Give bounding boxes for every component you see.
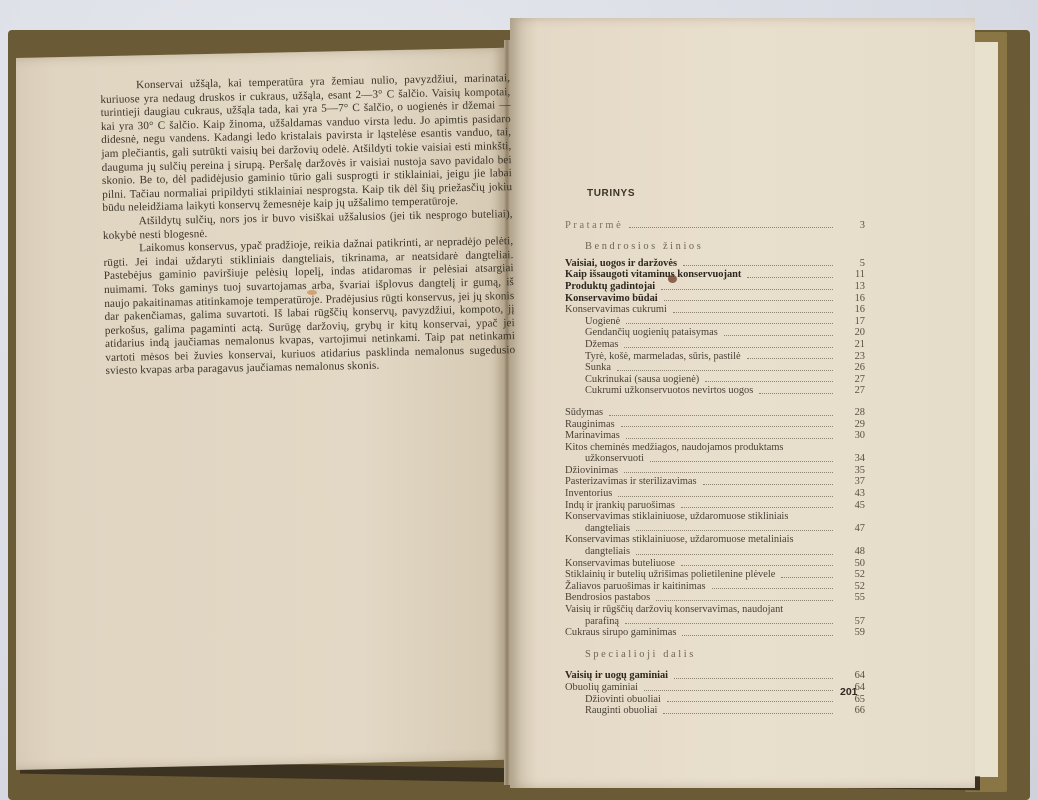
toc-entry-label: Stiklainių ir butelių užrišimas polietil… — [565, 569, 775, 581]
toc-entry: parafiną57 — [565, 616, 865, 628]
toc-entry: Kitos cheminės medžiagos, naudojamos pro… — [565, 442, 865, 454]
dot-leader — [626, 437, 833, 439]
toc-entry-page: 20 — [843, 327, 865, 339]
toc-entry-label: Sūdymas — [565, 407, 603, 419]
dot-leader — [609, 414, 833, 416]
toc-entry-label: Konservavimas stiklainiuose, uždaromuose… — [565, 511, 788, 523]
toc-entry-page: 47 — [843, 523, 865, 535]
dot-leader — [656, 599, 833, 601]
toc-entry-page: 37 — [843, 476, 865, 488]
toc-entry: Džemas21 — [565, 339, 865, 351]
toc-entry-label: Specialioji dalis — [585, 649, 696, 661]
toc-entry-label: Pasterizavimas ir sterilizavimas — [565, 476, 697, 488]
toc-entry: Kaip išsaugoti vitaminus konservuojant11 — [565, 269, 865, 281]
dot-leader — [759, 392, 833, 394]
toc-entry-page: 55 — [843, 592, 865, 604]
toc-entry: dangteliais47 — [565, 523, 865, 535]
toc-entry: Gendančių uogienių pataisymas20 — [565, 327, 865, 339]
toc-entry-label: Rauginimas — [565, 419, 615, 431]
dot-leader — [625, 622, 833, 624]
dot-leader — [705, 380, 833, 382]
paper-stain — [668, 275, 677, 283]
dot-leader — [650, 460, 833, 462]
toc-entry: Specialioji dalis — [565, 649, 865, 661]
toc-entry-label: Bendrosios žinios — [585, 241, 703, 253]
toc-entry: Sunka26 — [565, 362, 865, 374]
toc-entry-label: Indų ir įrankių paruošimas — [565, 500, 675, 512]
dot-leader — [667, 700, 833, 702]
toc-entry-page: 11 — [843, 269, 865, 281]
toc-entry: Cukrinukai (sausa uogienė)27 — [565, 374, 865, 386]
toc-entry: Vaisių ir rūgščių daržovių konservavimas… — [565, 604, 865, 616]
toc-entry-page: 35 — [843, 465, 865, 477]
toc-entry-page: 30 — [843, 430, 865, 442]
dot-leader — [663, 712, 833, 714]
dot-leader — [747, 357, 833, 359]
toc-entry-label: Konservavimas stiklainiuose, uždaromuose… — [565, 534, 794, 546]
spacer — [565, 397, 865, 407]
toc-entry: Tyrė, košė, marmeladas, sūris, pastilė23 — [565, 351, 865, 363]
dot-leader — [636, 553, 833, 555]
toc-entry-page: 50 — [843, 558, 865, 570]
toc-entry: Rauginti obuoliai66 — [565, 705, 865, 717]
dot-leader — [617, 369, 833, 371]
toc-entry-label: Pratarmė — [565, 220, 623, 232]
toc-entry: Bendrosios žinios — [565, 241, 865, 253]
toc-title: TURINYS — [587, 188, 865, 200]
toc-entry-label: Sunka — [565, 362, 611, 374]
toc-entry-label: Rauginti obuoliai — [565, 705, 657, 717]
toc-entry-page: 66 — [843, 705, 865, 717]
toc-entry: Žaliavos paruošimas ir kaitinimas52 — [565, 581, 865, 593]
toc-entry: Konservavimas buteliuose50 — [565, 558, 865, 570]
dot-leader — [724, 334, 833, 336]
toc-entry: Konservavimas stiklainiuose, uždaromuose… — [565, 534, 865, 546]
toc-entry: Bendrosios pastabos55 — [565, 592, 865, 604]
toc-entry-page: 52 — [843, 581, 865, 593]
toc-entry: Konservavimas stiklainiuose, uždaromuose… — [565, 511, 865, 523]
toc-entry-page: 16 — [843, 304, 865, 316]
toc-entry: Obuolių gaminiai64 — [565, 682, 865, 694]
toc-entry-label: parafiną — [565, 616, 619, 628]
dot-leader — [636, 529, 833, 531]
toc-entry: Marinavimas30 — [565, 430, 865, 442]
paragraph: Konservai užšąla, kai temperatūra yra že… — [100, 72, 513, 216]
toc-entry-label: dangteliais — [565, 523, 630, 535]
toc-entry-page: 29 — [843, 419, 865, 431]
paragraph: Laikomus konservus, ypač pradžioje, reik… — [103, 235, 516, 379]
toc-entry: Produktų gadintojai13 — [565, 281, 865, 293]
dot-leader — [673, 311, 833, 313]
toc-entry: Konservavimo būdai16 — [565, 293, 865, 305]
toc-entry-label: Cukrumi užkonservuotos nevirtos uogos — [565, 385, 753, 397]
toc-entry-label: Uogienė — [565, 316, 620, 328]
dot-leader — [621, 425, 833, 427]
dot-leader — [661, 288, 833, 290]
toc-entry: užkonservuoti34 — [565, 453, 865, 465]
toc-entry-label: Konservavimas buteliuose — [565, 558, 675, 570]
toc-entry-label: Džiovinti obuoliai — [565, 694, 661, 706]
toc-entry-label: Konservavimo būdai — [565, 293, 658, 305]
toc-entry-label: Žaliavos paruošimas ir kaitinimas — [565, 581, 706, 593]
dot-leader — [712, 587, 833, 589]
toc-entry: Rauginimas29 — [565, 419, 865, 431]
dot-leader — [682, 634, 833, 636]
table-of-contents: TURINYS Pratarmė3Bendrosios žiniosVaisia… — [565, 188, 865, 717]
toc-entry-page: 43 — [843, 488, 865, 500]
toc-entry: Konservavimas cukrumi16 — [565, 304, 865, 316]
dot-leader — [674, 677, 833, 679]
toc-entry-page: 21 — [843, 339, 865, 351]
toc-entry-label: Inventorius — [565, 488, 612, 500]
toc-entry-page: 13 — [843, 281, 865, 293]
toc-entry-page: 27 — [843, 385, 865, 397]
toc-entry-label: dangteliais — [565, 546, 630, 558]
toc-entry: Vaisių ir uogų gaminiai64 — [565, 670, 865, 682]
toc-entry-page: 3 — [843, 220, 865, 232]
dot-leader — [624, 346, 833, 348]
toc-entry: Inventorius43 — [565, 488, 865, 500]
dot-leader — [703, 483, 833, 485]
dot-leader — [644, 689, 833, 691]
toc-entry-page: 45 — [843, 500, 865, 512]
toc-entry: Cukrumi užkonservuotos nevirtos uogos27 — [565, 385, 865, 397]
dot-leader — [626, 322, 833, 324]
toc-entry-page: 59 — [843, 627, 865, 639]
dot-leader — [781, 576, 833, 578]
toc-entry-page: 52 — [843, 569, 865, 581]
toc-entry-label: Tyrė, košė, marmeladas, sūris, pastilė — [565, 351, 741, 363]
dot-leader — [681, 506, 833, 508]
spacer — [565, 231, 865, 241]
toc-entry-page: 48 — [843, 546, 865, 558]
toc-entry: Uogienė17 — [565, 316, 865, 328]
toc-entry-page: 16 — [843, 293, 865, 305]
dot-leader — [683, 264, 833, 266]
toc-entry-label: užkonservuoti — [565, 453, 644, 465]
toc-entry-page: 64 — [843, 670, 865, 682]
toc-entry-label: Gendančių uogienių pataisymas — [565, 327, 718, 339]
toc-entry-label: Konservavimas cukrumi — [565, 304, 667, 316]
toc-entry-label: Vaisiai, uogos ir daržovės — [565, 258, 677, 270]
dot-leader — [681, 564, 833, 566]
toc-entry-label: Džemas — [565, 339, 618, 351]
toc-entry: Pasterizavimas ir sterilizavimas37 — [565, 476, 865, 488]
toc-entry-label: Kitos cheminės medžiagos, naudojamos pro… — [565, 442, 783, 454]
toc-entry-page: 26 — [843, 362, 865, 374]
toc-entry: Stiklainių ir butelių užrišimas polietil… — [565, 569, 865, 581]
dot-leader — [747, 276, 833, 278]
toc-entry-label: Vaisių ir rūgščių daržovių konservavimas… — [565, 604, 783, 616]
dot-leader — [624, 471, 833, 473]
paper-stain — [307, 290, 317, 295]
toc-entry: Džiovinti obuoliai65 — [565, 694, 865, 706]
toc-entry-page: 27 — [843, 374, 865, 386]
toc-entry-label: Vaisių ir uogų gaminiai — [565, 670, 668, 682]
toc-entry-page: 23 — [843, 351, 865, 363]
toc-entry-label: Obuolių gaminiai — [565, 682, 638, 694]
page-number: 201 — [840, 686, 858, 698]
toc-entry: dangteliais48 — [565, 546, 865, 558]
toc-entry-page: 57 — [843, 616, 865, 628]
toc-entry-page: 28 — [843, 407, 865, 419]
dot-leader — [664, 299, 833, 301]
toc-entry: Džiovinimas35 — [565, 465, 865, 477]
toc-entry-label: Cukraus sirupo gaminimas — [565, 627, 676, 639]
dot-leader — [618, 495, 833, 497]
toc-entry-label: Kaip išsaugoti vitaminus konservuojant — [565, 269, 741, 281]
toc-entry-label: Bendrosios pastabos — [565, 592, 650, 604]
toc-entry-page: 17 — [843, 316, 865, 328]
toc-entry: Cukraus sirupo gaminimas59 — [565, 627, 865, 639]
toc-entry: Sūdymas28 — [565, 407, 865, 419]
toc-entry: Indų ir įrankių paruošimas45 — [565, 500, 865, 512]
toc-entry-label: Cukrinukai (sausa uogienė) — [565, 374, 699, 386]
toc-entry-label: Produktų gadintojai — [565, 281, 655, 293]
toc-entry-label: Marinavimas — [565, 430, 620, 442]
toc-entry: Pratarmė3 — [565, 220, 865, 232]
spacer — [565, 639, 865, 649]
toc-list: Pratarmė3Bendrosios žiniosVaisiai, uogos… — [565, 220, 865, 717]
toc-entry-page: 5 — [843, 258, 865, 270]
toc-entry-label: Džiovinimas — [565, 465, 618, 477]
toc-entry: Vaisiai, uogos ir daržovės5 — [565, 258, 865, 270]
left-page-body-text: Konservai užšąla, kai temperatūra yra že… — [100, 72, 516, 379]
toc-entry-page: 34 — [843, 453, 865, 465]
dot-leader — [629, 226, 833, 228]
